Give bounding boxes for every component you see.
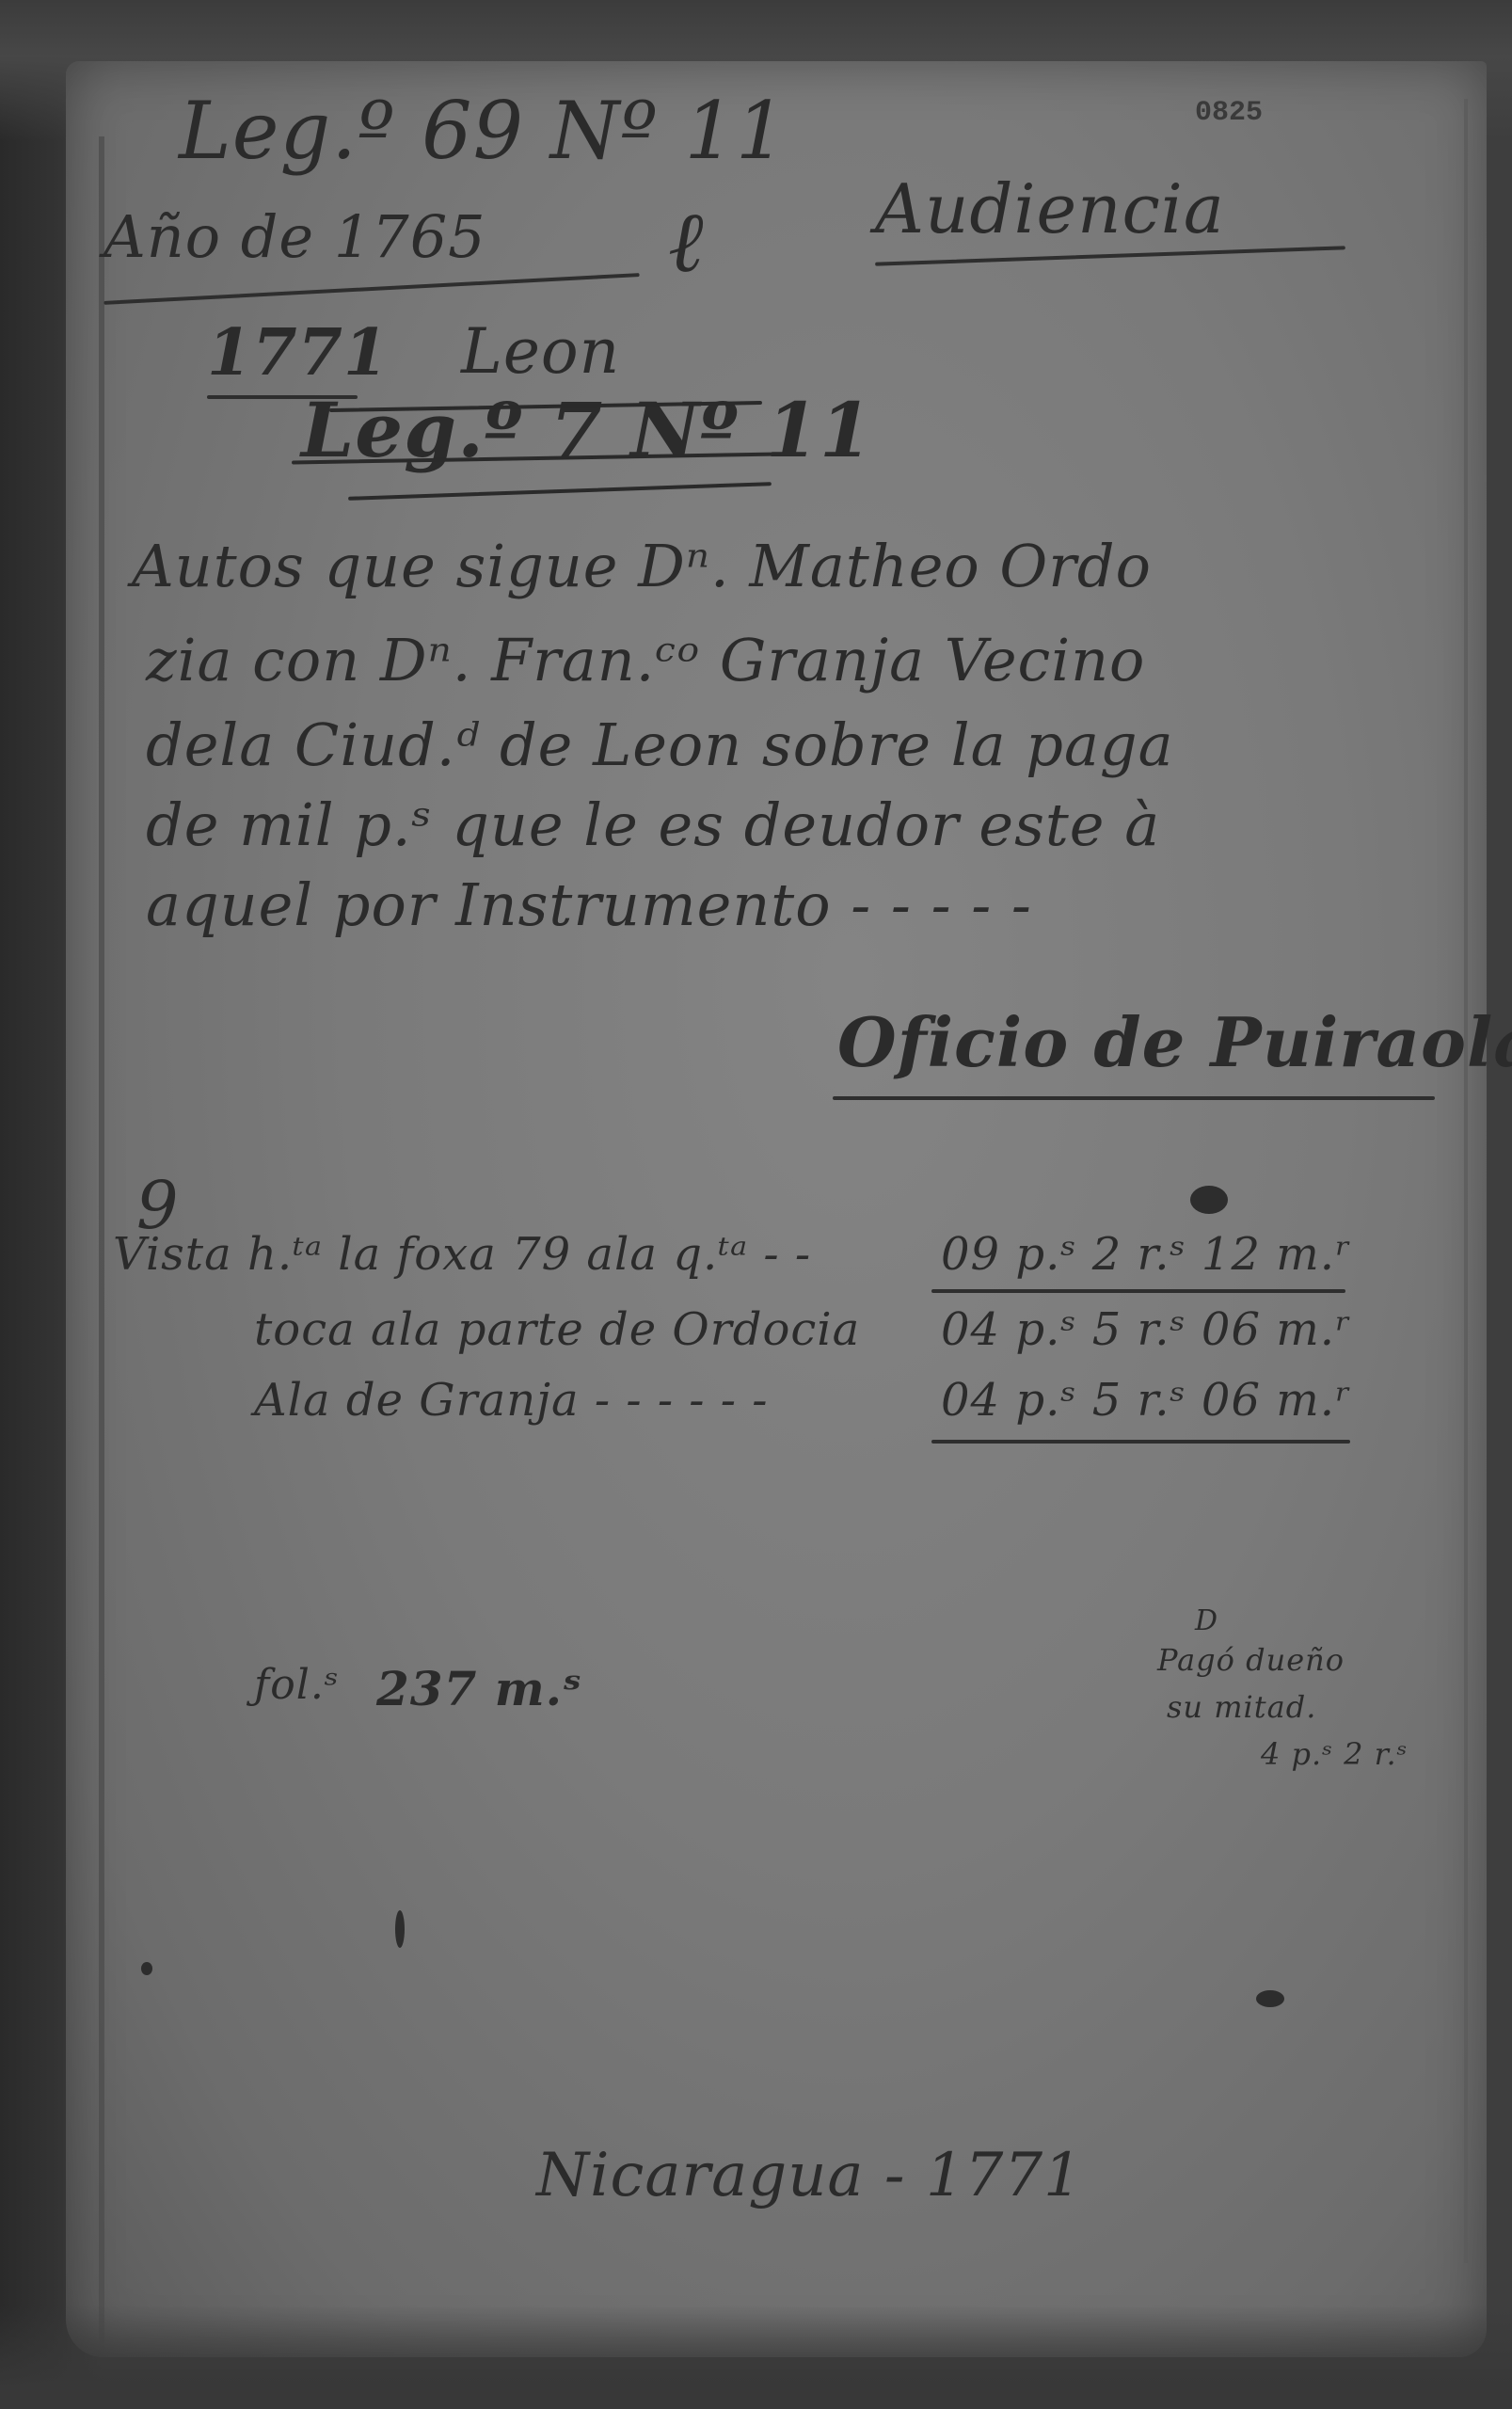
stamp-number: 0825 bbox=[1195, 97, 1263, 129]
title-line-1: Autos que sigue Dⁿ. Matheo Ordo bbox=[132, 532, 1152, 600]
folio-label: ƒol.ˢ bbox=[254, 1661, 340, 1709]
account-row-1-underline bbox=[931, 1289, 1345, 1293]
account-row-3-label: Ala de Granja - - - - - - bbox=[254, 1374, 768, 1427]
scan-image: Leg.º 69 Nº 11 0825 Año de 1765 ℓ Audien… bbox=[0, 0, 1512, 2409]
legajo-number: Leg.º 69 Nº 11 bbox=[179, 85, 787, 177]
account-row-2-label: toca ala parte de Ordocia bbox=[254, 1303, 860, 1356]
right-page-edge bbox=[1464, 99, 1468, 2263]
title-line-5: aquel por Instrumento - - - - - bbox=[146, 870, 1032, 939]
section-underline bbox=[875, 246, 1345, 265]
account-row-1-amount: 09 p.ˢ 2 r.ˢ 12 m.ʳ bbox=[941, 1228, 1352, 1281]
footer-place-year: Nicaragua - 1771 bbox=[536, 2141, 1083, 2210]
section-audiencia: Audiencia bbox=[875, 169, 1225, 248]
folio-value: 237 m.ˢ bbox=[376, 1661, 582, 1716]
side-note-line-1: D bbox=[1195, 1604, 1218, 1637]
account-row-3-underline bbox=[931, 1440, 1350, 1444]
title-line-2: zia con Dⁿ. Fran.ᶜᵒ Granja Vecino bbox=[146, 626, 1145, 694]
year-line: Año de 1765 bbox=[103, 202, 486, 271]
ink-blot bbox=[1190, 1186, 1228, 1214]
account-row-1-label: Vista h.ᵗᵃ la foxa 79 ala q.ᵗᵃ - - bbox=[113, 1228, 811, 1281]
ink-spot-3 bbox=[141, 1962, 152, 1975]
title-line-3: dela Ciud.ᵈ de Leon sobre la paga bbox=[146, 710, 1174, 779]
side-note-line-2: Pagó dueño bbox=[1157, 1642, 1345, 1678]
account-row-2-amount: 04 p.ˢ 5 r.ˢ 06 m.ʳ bbox=[941, 1303, 1352, 1356]
subheader-city: Leon bbox=[461, 315, 620, 388]
header-underline-left bbox=[103, 273, 639, 305]
title-line-4: de mil p.ˢ que le es deudor este à bbox=[146, 790, 1160, 859]
office-name: Oficio de Puiraola bbox=[837, 1002, 1512, 1082]
ink-spot-1 bbox=[395, 1910, 405, 1948]
left-margin-line bbox=[99, 136, 104, 2348]
flourish-mark: ℓ bbox=[668, 193, 705, 292]
subheader-year: 1771 bbox=[207, 315, 389, 391]
ink-spot-2 bbox=[1256, 1990, 1284, 2007]
office-underline bbox=[833, 1096, 1435, 1100]
account-row-3-amount: 04 p.ˢ 5 r.ˢ 06 m.ʳ bbox=[941, 1374, 1352, 1427]
strike-line-3 bbox=[348, 482, 772, 501]
side-note-line-4: 4 p.ˢ 2 r.ˢ bbox=[1261, 1736, 1408, 1772]
scan-bottom-shadow bbox=[0, 2305, 1512, 2409]
side-note-line-3: su mitad. bbox=[1167, 1689, 1316, 1725]
manuscript-page: Leg.º 69 Nº 11 0825 Año de 1765 ℓ Audien… bbox=[66, 61, 1487, 2357]
